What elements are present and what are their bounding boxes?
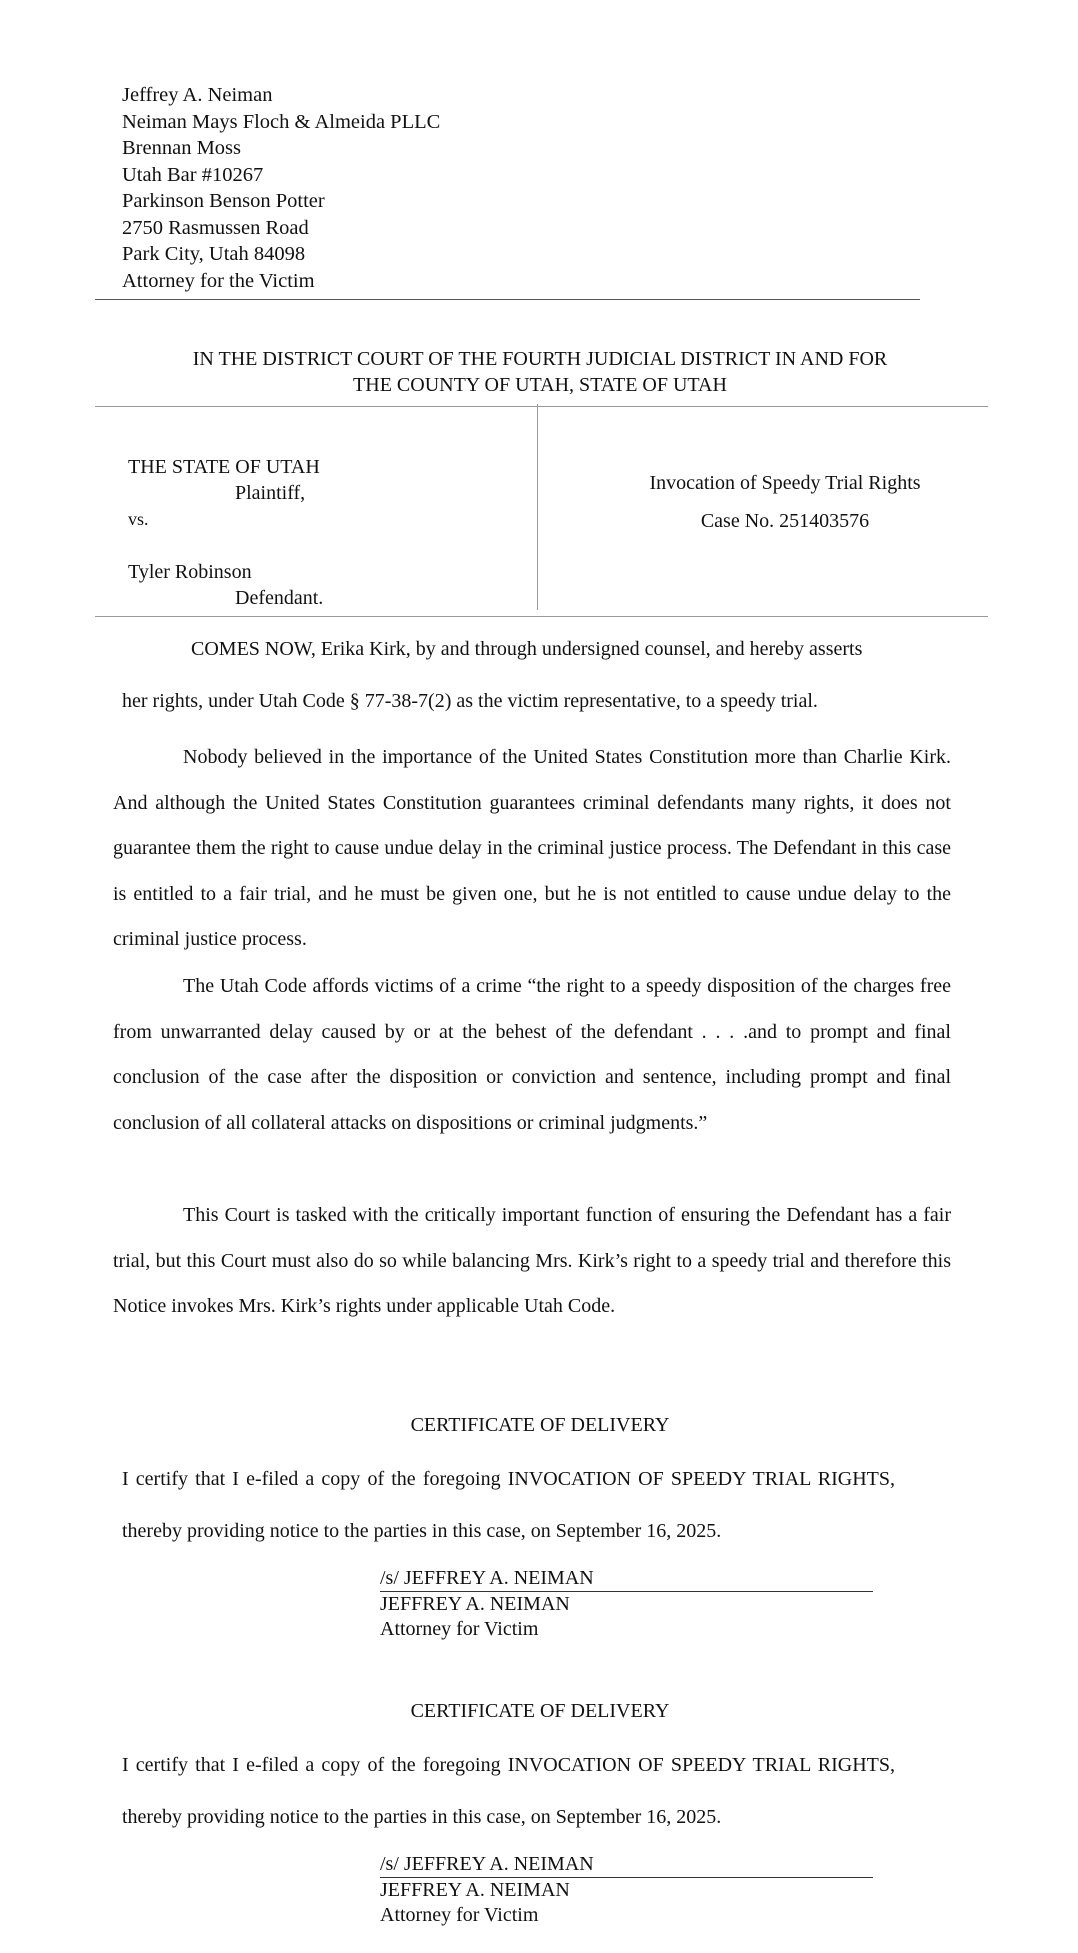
co-counsel-name: Brennan Moss <box>122 135 440 162</box>
court-title-line-2: THE COUNTY OF UTAH, STATE OF UTAH <box>95 372 985 398</box>
certificate-heading-2: CERTIFICATE OF DELIVERY <box>100 1700 980 1723</box>
defendant-name: Tyler Robinson <box>128 560 252 584</box>
attorney-role: Attorney for the Victim <box>122 268 440 295</box>
electronic-signature-1: /s/ JEFFREY A. NEIMAN <box>380 1567 594 1589</box>
court-title: IN THE DISTRICT COURT OF THE FOURTH JUDI… <box>95 346 985 398</box>
paragraph-3: The Utah Code affords victims of a crime… <box>113 964 951 1146</box>
document-title-block: Invocation of Speedy Trial Rights Case N… <box>540 464 1030 540</box>
header-divider <box>95 299 920 300</box>
paragraph-4: This Court is tasked with the critically… <box>113 1193 951 1330</box>
document-title: Invocation of Speedy Trial Rights <box>540 464 1030 502</box>
caption-vertical-divider <box>537 404 538 610</box>
case-number: Case No. 251403576 <box>540 502 1030 540</box>
paragraph-1-line-2: her rights, under Utah Code § 77-38-7(2)… <box>122 690 818 713</box>
defendant-role: Defendant. <box>235 586 323 610</box>
law-firm: Neiman Mays Floch & Almeida PLLC <box>122 109 440 136</box>
city-state-zip: Park City, Utah 84098 <box>122 241 440 268</box>
signer-title-2: Attorney for Victim <box>380 1903 873 1928</box>
signature-line-2: /s/ JEFFREY A. NEIMAN <box>380 1852 873 1878</box>
signer-name-1: JEFFREY A. NEIMAN <box>380 1592 873 1617</box>
street-address: 2750 Rasmussen Road <box>122 215 440 242</box>
versus: vs. <box>128 507 149 531</box>
plaintiff-role: Plaintiff, <box>235 481 305 505</box>
bar-number: Utah Bar #10267 <box>122 162 440 189</box>
signer-name-2: JEFFREY A. NEIMAN <box>380 1878 873 1903</box>
attorney-name: Jeffrey A. Neiman <box>122 82 440 109</box>
signature-block-1: /s/ JEFFREY A. NEIMAN JEFFREY A. NEIMAN … <box>380 1566 873 1642</box>
paragraph-2: Nobody believed in the importance of the… <box>113 735 951 963</box>
signature-line-1: /s/ JEFFREY A. NEIMAN <box>380 1566 873 1592</box>
electronic-signature-2: /s/ JEFFREY A. NEIMAN <box>380 1853 594 1875</box>
certificate-text-2: I certify that I e-filed a copy of the f… <box>122 1739 895 1843</box>
signature-block-2: /s/ JEFFREY A. NEIMAN JEFFREY A. NEIMAN … <box>380 1852 873 1928</box>
plaintiff-name: THE STATE OF UTAH <box>128 455 320 479</box>
court-title-line-1: IN THE DISTRICT COURT OF THE FOURTH JUDI… <box>95 346 985 372</box>
certificate-text-1: I certify that I e-filed a copy of the f… <box>122 1453 895 1557</box>
co-counsel-firm: Parkinson Benson Potter <box>122 188 440 215</box>
signer-title-1: Attorney for Victim <box>380 1617 873 1642</box>
certificate-heading-1: CERTIFICATE OF DELIVERY <box>100 1414 980 1437</box>
paragraph-1-line-1: COMES NOW, Erika Kirk, by and through un… <box>191 638 862 661</box>
caption-bottom-rule <box>95 616 988 617</box>
caption-top-rule <box>95 406 988 407</box>
attorney-block: Jeffrey A. Neiman Neiman Mays Floch & Al… <box>122 82 440 294</box>
